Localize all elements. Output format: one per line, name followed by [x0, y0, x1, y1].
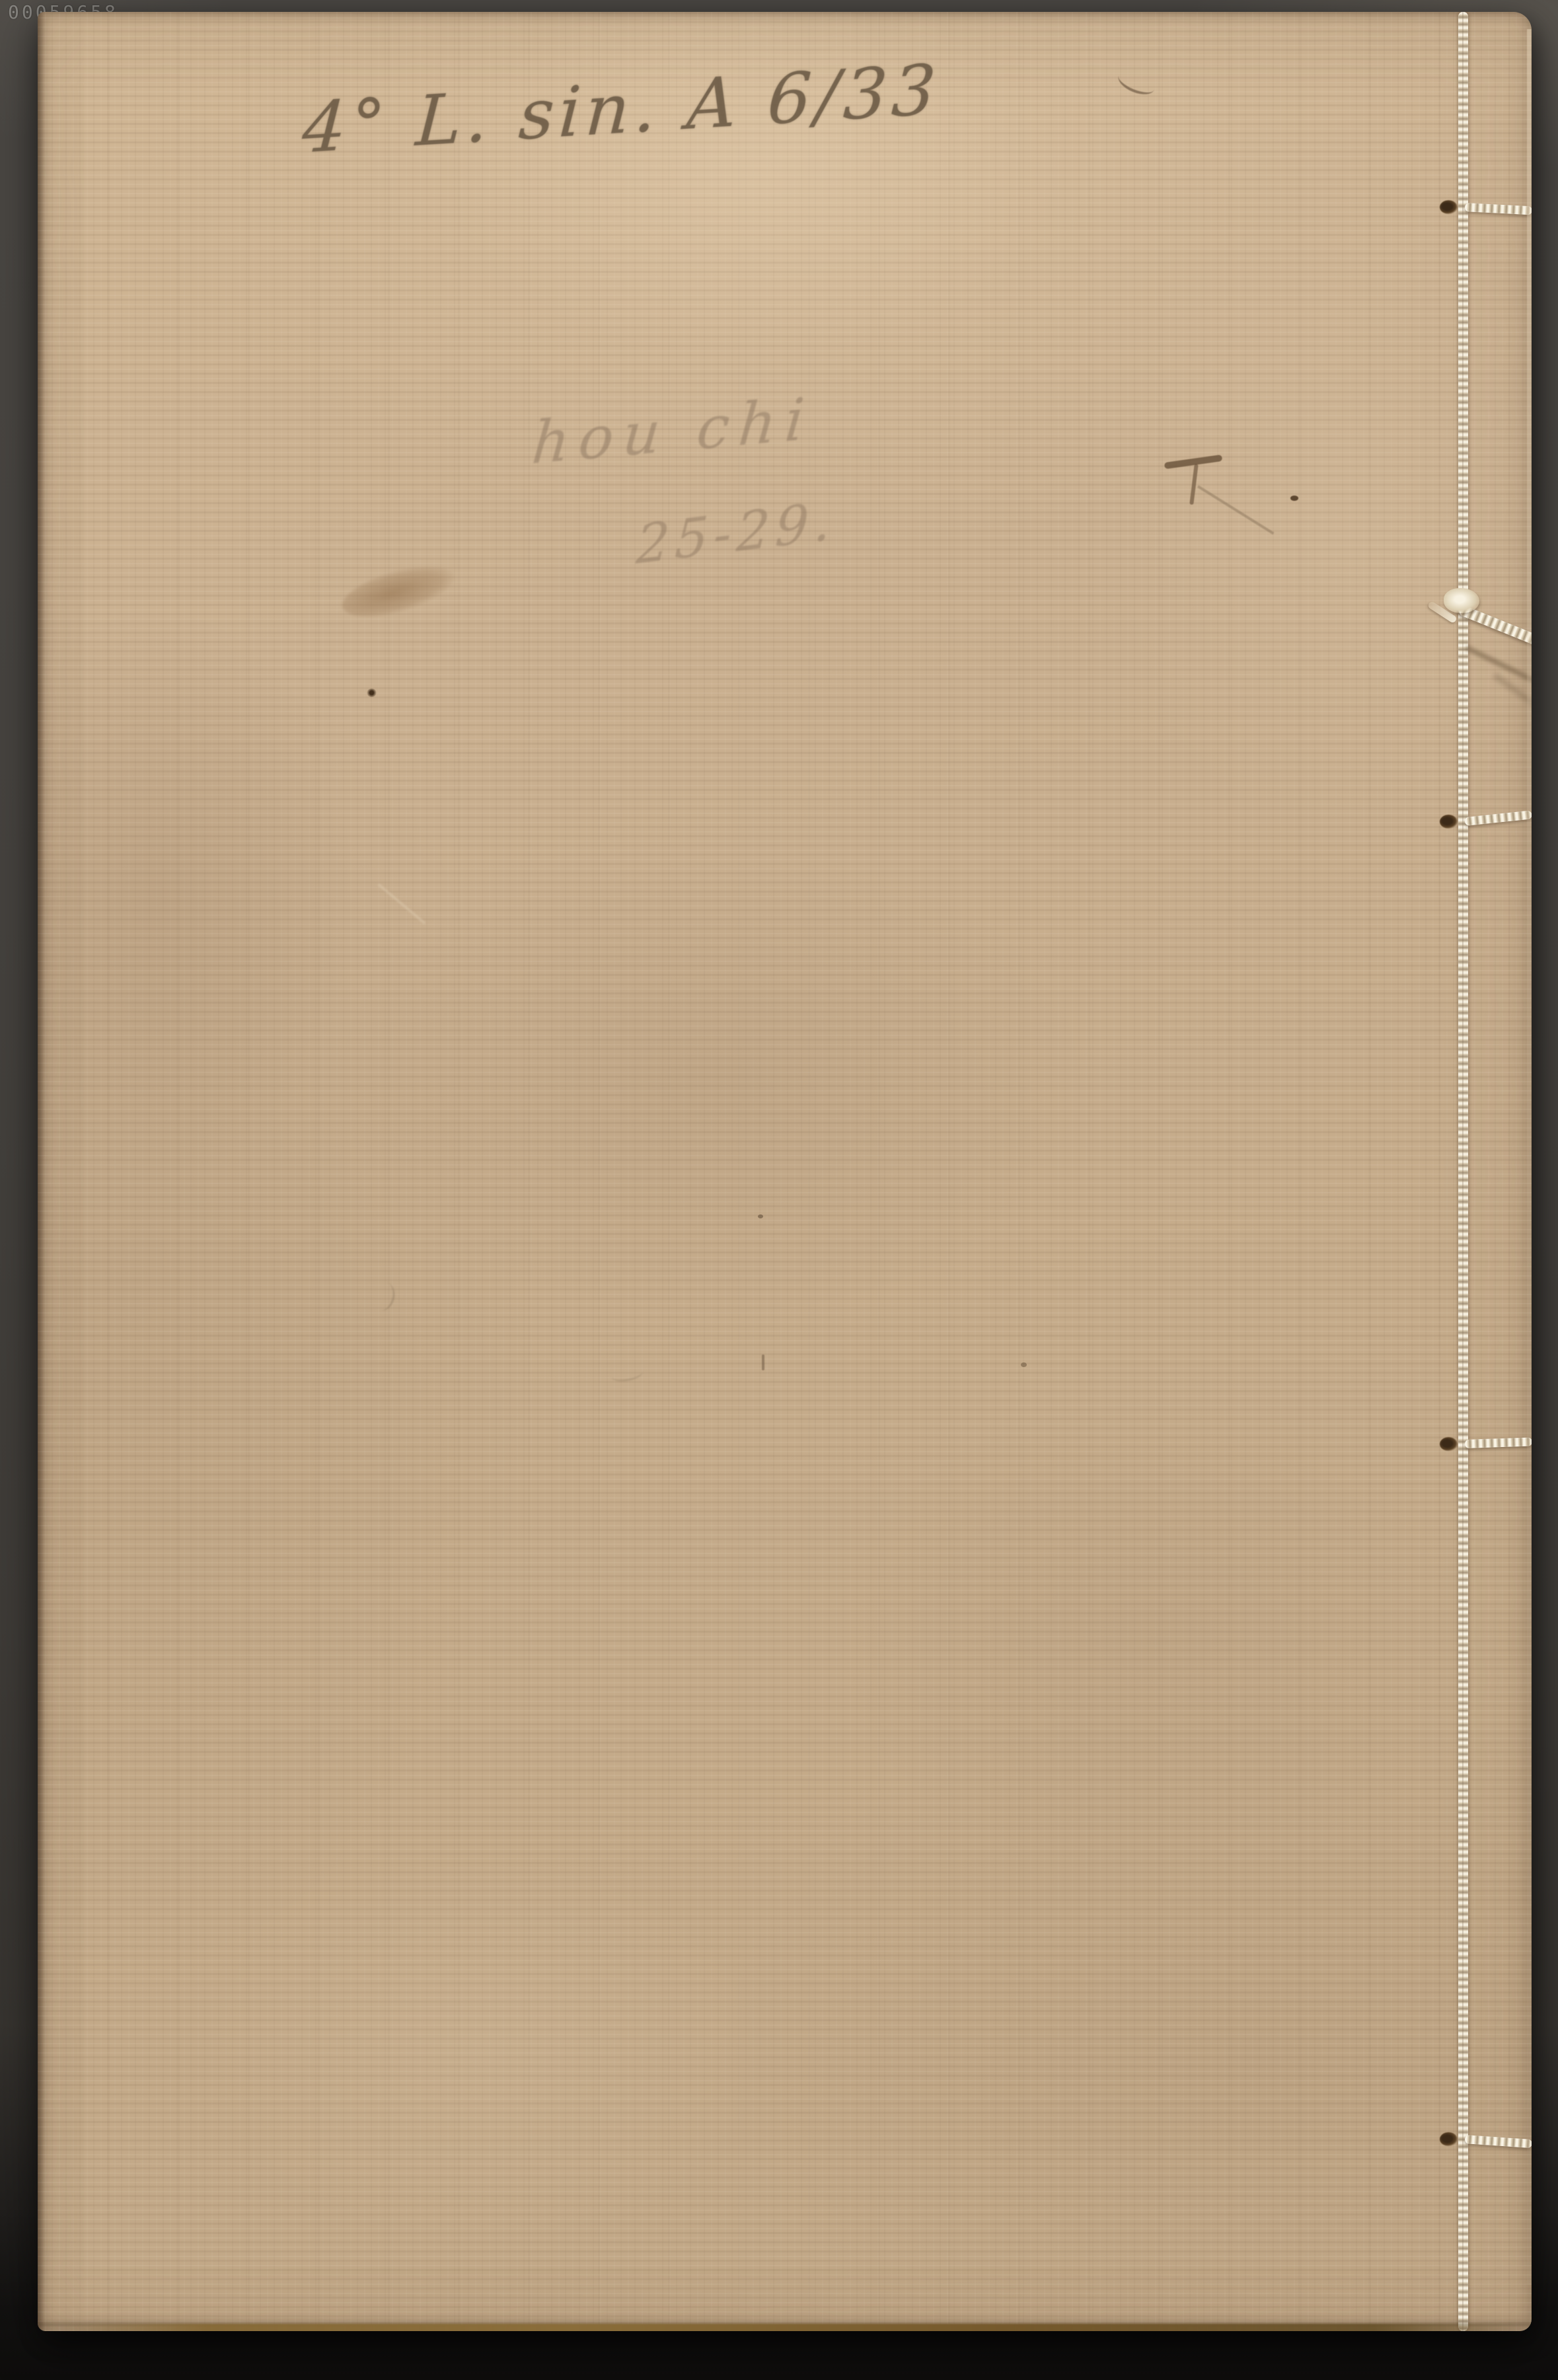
paper-speck — [1290, 496, 1298, 501]
faint-pencil-squiggle — [369, 1280, 398, 1314]
title-inscription-line1: hou chi — [529, 384, 816, 477]
binding-thread-vertical — [1458, 12, 1468, 2331]
pencil-dash-tail — [1189, 464, 1199, 505]
title-inscription-line2: 25-29. — [635, 490, 838, 576]
binding-thread-horizontal — [1464, 810, 1532, 826]
paper-speck — [367, 688, 377, 697]
binding-knot — [1444, 588, 1479, 613]
knot-shadow — [1465, 645, 1532, 693]
paper-speck — [1021, 1362, 1027, 1367]
paper-speck — [758, 1214, 763, 1218]
stitch-hole — [1440, 2132, 1458, 2146]
binding-thread-horizontal — [1465, 203, 1532, 215]
book-fore-edge-highlight — [1527, 29, 1532, 2285]
paper-fiber — [1115, 66, 1158, 99]
shelfmark-inscription: 4° L. sin. A 6/33 — [300, 49, 943, 169]
stitch-hole — [1440, 1437, 1458, 1451]
paper-speck — [762, 1355, 764, 1370]
pencil-scratch — [1197, 485, 1275, 535]
stitch-hole — [1440, 200, 1458, 214]
book-block-bottom-edge — [61, 2324, 1521, 2331]
paper-laid-texture — [38, 12, 1532, 2331]
binding-thread-horizontal — [1465, 1437, 1532, 1448]
paper-crease — [377, 883, 426, 924]
knot-shadow — [1493, 673, 1532, 724]
paper-mottle-texture — [38, 12, 1532, 2331]
book-spine-side-shadow — [38, 12, 44, 2331]
faint-pencil-squiggle — [611, 1365, 644, 1384]
book-cover: 4° L. sin. A 6/33 hou chi 25-29. — [38, 12, 1532, 2331]
photo-backdrop: 00059658 4° L. sin. A 6/33 hou chi 25-29… — [0, 0, 1558, 2380]
pencil-dash-mark — [1164, 455, 1223, 469]
binding-thread-horizontal — [1465, 2135, 1532, 2148]
stitch-hole — [1440, 815, 1458, 829]
paper-stain — [337, 556, 459, 627]
